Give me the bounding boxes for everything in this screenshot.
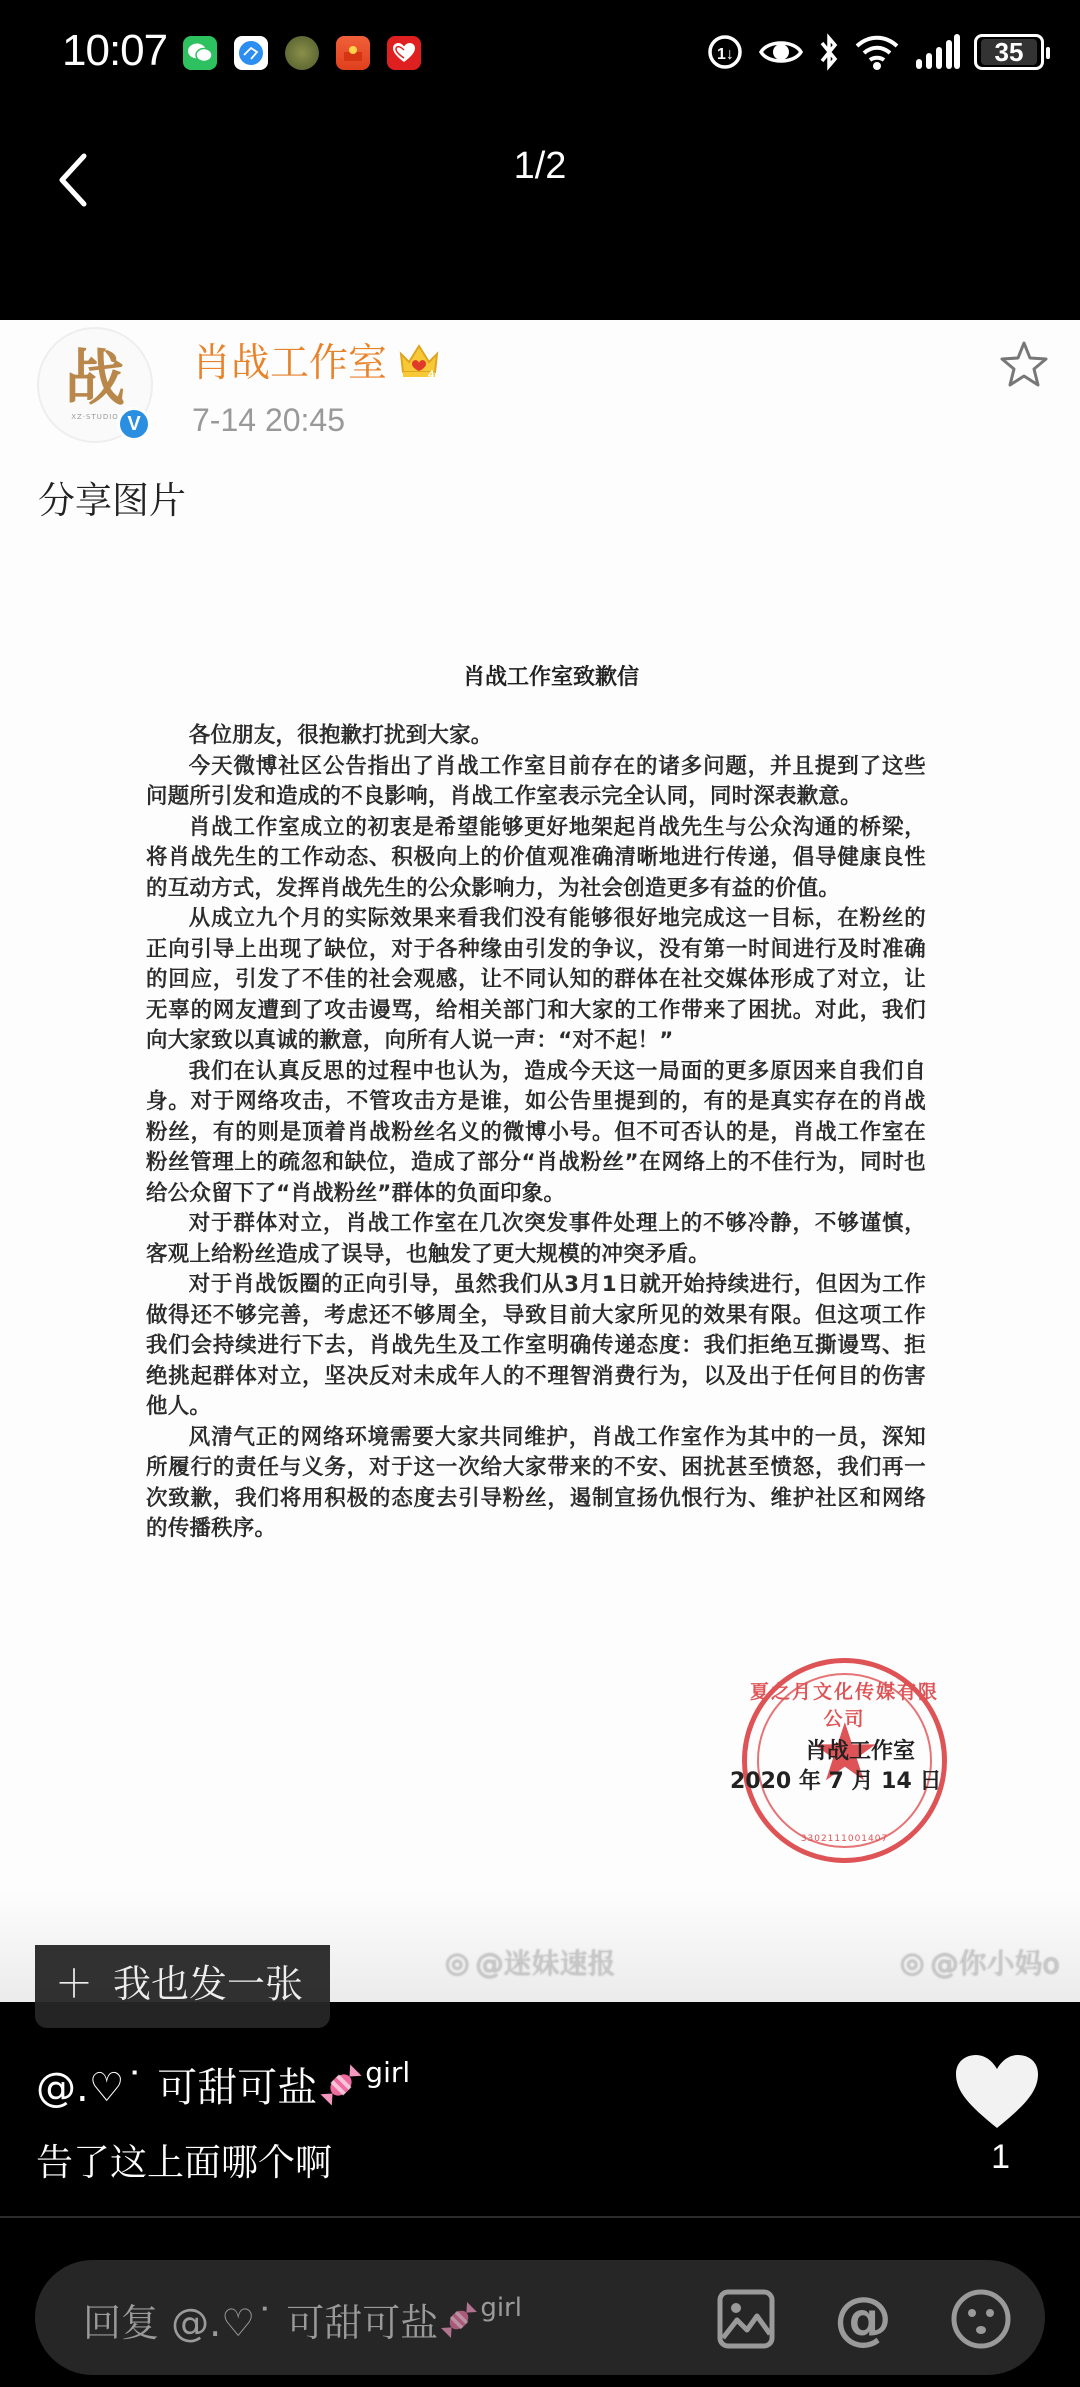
wifi-icon (854, 33, 900, 71)
reply-placeholder-suffix: girl (480, 2293, 522, 2323)
avatar-logo: 战 (65, 349, 125, 409)
bluetooth-icon (818, 33, 840, 71)
eye-comfort-icon (758, 35, 804, 69)
letter-paragraph: 对于肖战饭圈的正向引导，虽然我们从3月1日就开始持续进行，但因为工作做得还不够完… (146, 1270, 926, 1423)
crown-badge-icon: 4 (397, 340, 441, 380)
system-icons: 1↓ 35 (706, 33, 1044, 71)
verified-badge-icon: V (117, 407, 151, 441)
weibo-logo-icon: ◎ (900, 1946, 924, 1979)
mention-button[interactable]: @ (832, 2288, 894, 2350)
letter-title: 肖战工作室致歉信 (176, 660, 926, 691)
pinduoduo-app-icon (387, 36, 421, 70)
like-button[interactable] (952, 2052, 1042, 2132)
status-bar: 10:07 1↓ 35 (0, 0, 1080, 105)
signal-icon (914, 33, 960, 71)
emoji-button[interactable] (950, 2288, 1012, 2350)
svg-text:4: 4 (428, 369, 435, 380)
comment-username-text: @.♡˙ 可甜可盐 (36, 2056, 317, 2113)
letter-paragraph: 今天微博社区公告指出了肖战工作室目前存在的诸多问题，并且提到了这些问题所引发和造… (146, 752, 926, 813)
battery-indicator: 35 (974, 34, 1044, 70)
comment: @.♡˙ 可甜可盐 girl 告了这上面哪个啊 1 (0, 2030, 1080, 2217)
weibo-logo-icon: ◎ (445, 1946, 469, 1979)
notification-icons (183, 36, 421, 70)
watermark-text: @你小妈o (930, 1942, 1059, 1982)
comment-username[interactable]: @.♡˙ 可甜可盐 girl (36, 2056, 410, 2113)
image-viewer-header: 1/2 (0, 105, 1080, 320)
wechat-icon (183, 36, 217, 70)
poster-name-text: 肖战工作室 (192, 332, 387, 388)
letter-paragraph: 各位朋友，很抱歉打扰到大家。 (146, 721, 926, 752)
svg-text:1↓: 1↓ (717, 46, 734, 63)
battery-level: 35 (981, 39, 1037, 65)
comment-username-suffix: girl (365, 2056, 410, 2089)
letter-paragraph: 肖战工作室成立的初衷是希望能够更好地架起肖战先生与公众沟通的桥梁，将肖战先生的工… (146, 813, 926, 905)
avatar-subtitle: XZ·STUDIO (71, 413, 119, 421)
post-header: 战 XZ·STUDIO V 肖战工作室 4 7-14 20:45 (0, 320, 1080, 480)
letter-paragraph: 我们在认真反思的过程中也认为，造成今天这一局面的更多原因来自我们自身。对于网络攻… (146, 1057, 926, 1210)
signature-name: 肖战工作室 (805, 1734, 915, 1765)
letter-paragraph: 风清气正的网络环境需要大家共同维护，肖战工作室作为其中的一员，深知所履行的责任与… (146, 1423, 926, 1545)
post-also-text: 我也发一张 (113, 1953, 303, 2008)
heart-icon (952, 2052, 1042, 2132)
favorite-button[interactable] (998, 338, 1050, 390)
emoji-icon (950, 2288, 1012, 2350)
candy-icon (317, 2061, 365, 2109)
image-icon (715, 2288, 777, 2350)
like-count: 1 (991, 2138, 1010, 2177)
watermark: ◎ @你小妈o (900, 1942, 1060, 1982)
letter-paragraph: 从成立九个月的实际效果来看我们没有能够很好地完成这一目标，在粉丝的正向引导上出现… (146, 904, 926, 1057)
svg-text:@: @ (834, 2288, 892, 2350)
signature-date: 2020 年 7 月 14 日 (730, 1764, 941, 1795)
seal-number: 3302111001407 (747, 1834, 942, 1844)
candy-icon (438, 2299, 480, 2341)
comment-text: 告了这上面哪个啊 (36, 2132, 332, 2186)
mention-icon: @ (832, 2288, 894, 2350)
data-saver-icon: 1↓ (706, 33, 744, 71)
post-text: 分享图片 (38, 470, 186, 524)
plus-icon: ＋ (55, 1953, 93, 2008)
apology-letter: 肖战工作室致歉信 各位朋友，很抱歉打扰到大家。 今天微博社区公告指出了肖战工作室… (146, 660, 926, 1545)
reply-input[interactable]: 回复 @.♡˙ 可甜可盐 girl @ (35, 2260, 1045, 2375)
maps-app-icon (234, 36, 268, 70)
post-time: 7-14 20:45 (192, 402, 345, 439)
page-counter: 1/2 (0, 145, 1080, 188)
watermark: ◎ @迷妹速报 (445, 1942, 615, 1982)
letter-paragraph: 对于群体对立，肖战工作室在几次突发事件处理上的不够冷静，不够谨慎，客观上给粉丝造… (146, 1209, 926, 1270)
divider (0, 2216, 1080, 2218)
status-time: 10:07 (62, 26, 167, 76)
post-also-label[interactable]: ＋ 我也发一张 (55, 1953, 303, 2008)
reply-placeholder-text: 回复 @.♡˙ 可甜可盐 (83, 2292, 438, 2347)
red-packet-app-icon (336, 36, 370, 70)
photo-app-icon (285, 36, 319, 70)
star-icon (998, 338, 1050, 390)
image-button[interactable] (715, 2288, 777, 2350)
shared-image[interactable]: 战 XZ·STUDIO V 肖战工作室 4 7-14 20:45 分享图片 肖战… (0, 320, 1080, 2002)
watermark-text: @迷妹速报 (475, 1942, 615, 1982)
reply-placeholder: 回复 @.♡˙ 可甜可盐 girl (83, 2292, 522, 2347)
poster-name[interactable]: 肖战工作室 4 (192, 332, 441, 388)
